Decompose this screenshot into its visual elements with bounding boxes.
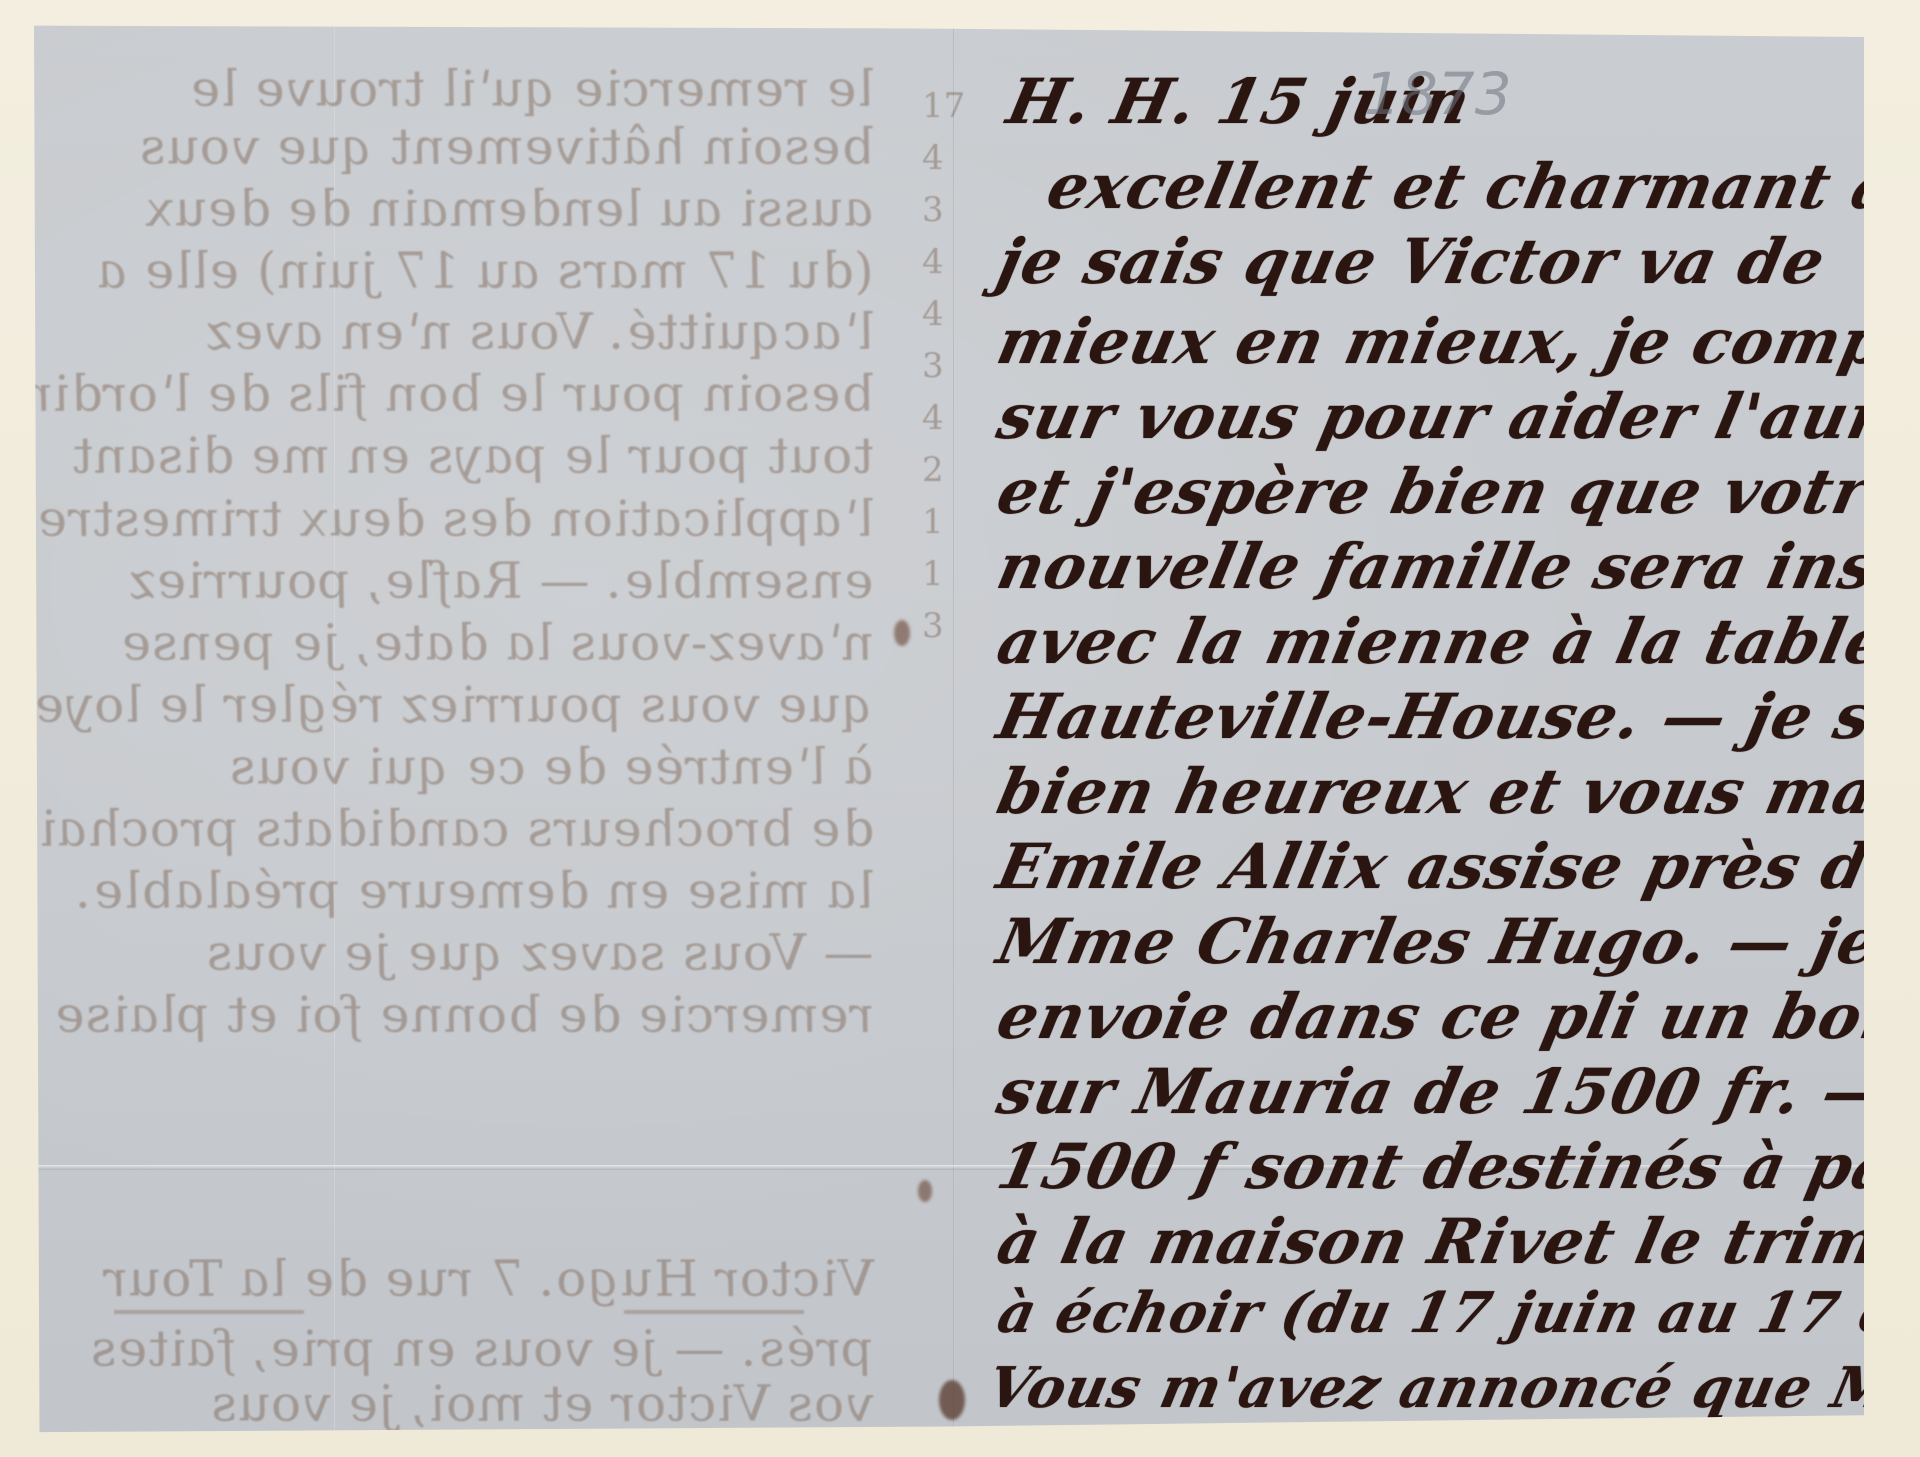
letter-line: Mme Charles Hugo. — je vous (991, 905, 1920, 978)
bleed-line: que vous pourriez régler le loyer (49, 676, 879, 734)
margin-number: 2 (922, 444, 952, 496)
letter-line: excellent et charmant ami, (1041, 150, 1920, 223)
bleed-line: — Vous savez que je vous (49, 924, 879, 982)
letter-line: à la maison Rivet le trimestre (991, 1205, 1920, 1278)
margin-number: 3 (922, 340, 952, 392)
letter-line: mieux en mieux, je compte (991, 305, 1920, 378)
margin-number: 4 (922, 132, 952, 184)
letter-line: je sais que Victor va de (991, 225, 1832, 298)
ink-stain (918, 1180, 932, 1202)
letter-sheet: le remercie qu'il trouve le besoin hâtiv… (34, 20, 1864, 1435)
letter-line: Emile Allix assise près de (991, 830, 1915, 903)
bleed-line: l'application des deux trimestres (49, 490, 879, 548)
bleed-line: le remercie qu'il trouve le (49, 60, 879, 118)
bleed-line: vos Victor et moi, je vous (49, 1375, 879, 1433)
bleed-line: la mise en demeure préalable. (49, 862, 879, 920)
bleed-underline (114, 1310, 304, 1314)
bleed-line: Victor Hugo. 7 rue de la Tour (49, 1250, 879, 1308)
margin-number: 3 (922, 600, 952, 652)
right-page-letter: H. H. 15 juin 1873 excellent et charmant… (979, 20, 1849, 1435)
bleed-line: aussi au lendemain de deux (49, 180, 879, 238)
letter-line: 1500 f sont destinés à payer (991, 1130, 1920, 1203)
letter-line: à échoir (du 17 juin au 17 octobre). (992, 1280, 1920, 1346)
letter-line: nouvelle famille sera installée (991, 530, 1920, 603)
letter-line: sur Mauria de 1500 fr. — ces (991, 1055, 1920, 1128)
bleed-line: à l'entrée de ce qui vous (49, 738, 879, 796)
bleed-line: besoin pour le bon fils de l'ordinaire (49, 365, 879, 423)
bleed-line: n'avez-vous la date, je pense (49, 614, 879, 672)
ink-stain (939, 1380, 965, 1420)
letter-line: envoie dans ce pli un bon (991, 980, 1915, 1053)
bleed-line: tout pour le pays en me disant (49, 427, 879, 485)
margin-number: 1 (922, 548, 952, 600)
bleed-line: ensemble. — Rafle, pourriez (49, 552, 879, 610)
letter-line: bien heureux et vous madame (991, 755, 1920, 828)
margin-number: 4 (922, 236, 952, 288)
bleed-line: de brocheurs candidats prochains (49, 800, 879, 858)
bleed-line: remercie de bonne foi et plaise (49, 986, 879, 1044)
pencil-year-annotation: 1873 (1364, 60, 1512, 128)
ink-stain (894, 620, 910, 646)
letter-line: Vous m'avez annoncé que Mme Rivet (982, 1355, 1920, 1421)
margin-number: 4 (922, 392, 952, 444)
letter-line: avec la mienne à la table de (991, 605, 1920, 678)
bleed-line: l'acquitté. Vous n'en avez (49, 303, 879, 361)
margin-number: 17 (922, 80, 952, 132)
margin-number: 3 (922, 184, 952, 236)
bleed-line: prés. — je vous en prie, faites (49, 1320, 879, 1378)
left-page-bleed-through: le remercie qu'il trouve le besoin hâtiv… (54, 20, 934, 1435)
margin-number: 4 (922, 288, 952, 340)
letter-line: sur vous pour aider l'aurore, (991, 380, 1920, 453)
bleed-line: (du 17 mars au 17 juin) elle a (49, 242, 879, 300)
letter-line: Hauteville-House. — je serai (991, 680, 1920, 753)
margin-line-numbers: 17 4 3 4 4 3 4 2 1 1 3 (922, 80, 952, 1180)
letter-line: et j'espère bien que votre (991, 455, 1915, 528)
bleed-underline (624, 1310, 804, 1314)
fold-crease-center (953, 20, 955, 1435)
margin-number: 1 (922, 496, 952, 548)
bleed-line: besoin hâtivement que vous (49, 118, 879, 176)
